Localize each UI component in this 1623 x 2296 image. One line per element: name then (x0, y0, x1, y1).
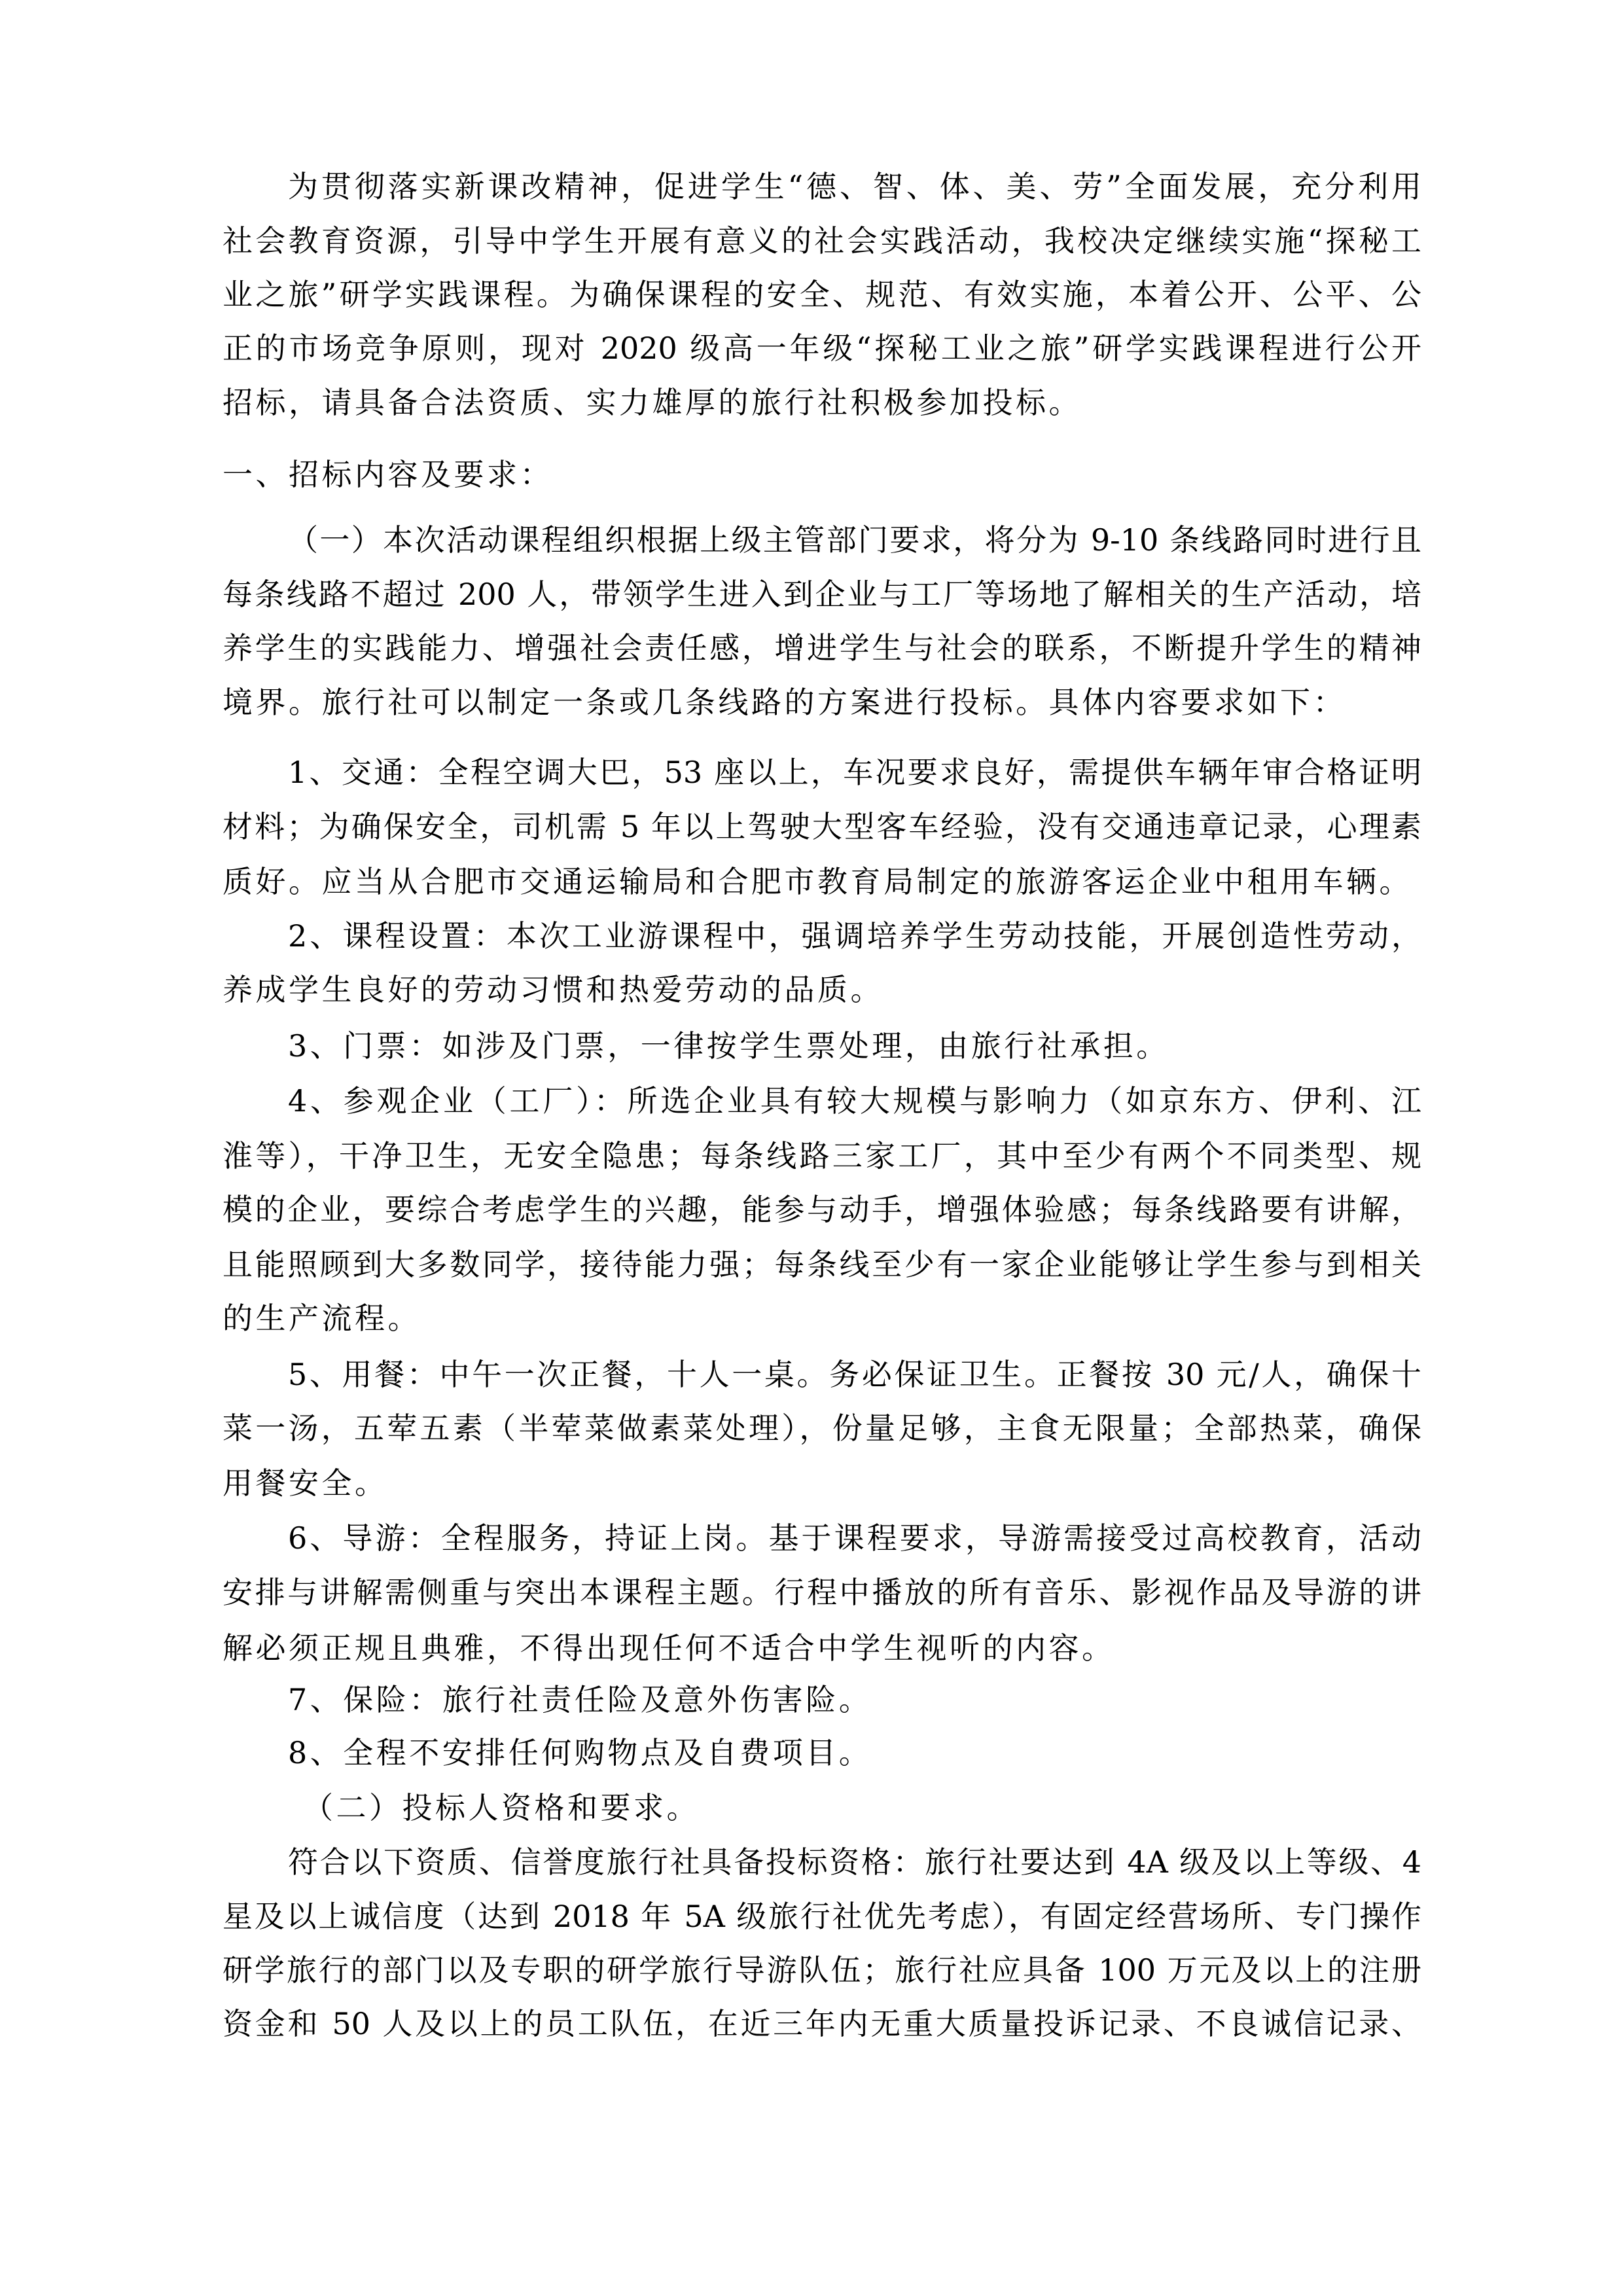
text-line: 安排与讲解需侧重与突出本课程主题。行程中播放的所有音乐、影视作品及导游的讲 (223, 1574, 1421, 1611)
text-line: （一）本次活动课程组织根据上级主管部门要求，将分为 9-10 条线路同时进行且 (288, 522, 1421, 558)
text-line: 资金和 50 人及以上的员工队伍，在近三年内无重大质量投诉记录、不良诚信记录、 (223, 2005, 1421, 2042)
section-heading: 一、招标内容及要求： (223, 456, 1421, 493)
text-line: 7、保险：旅行社责任险及意外伤害险。 (288, 1681, 1421, 1718)
text-line: 模的企业，要综合考虑学生的兴趣，能参与动手，增强体验感；每条线路要有讲解， (223, 1191, 1421, 1228)
text-line: 解必须正规且典雅，不得出现任何不适合中学生视听的内容。 (223, 1630, 1421, 1666)
text-line: 用餐安全。 (223, 1465, 1421, 1501)
text-line: 研学旅行的部门以及专职的研学旅行导游队伍；旅行社应具备 100 万元及以上的注册 (223, 1952, 1421, 1988)
text-line: 菜一汤，五荤五素（半荤菜做素菜处理），份量足够，主食无限量；全部热菜，确保 (223, 1410, 1421, 1446)
document-page: 为贯彻落实新课改精神，促进学生“德、智、体、美、劳”全面发展，充分利用 社会教育… (0, 0, 1623, 2296)
text-line: 5、用餐：中午一次正餐，十人一桌。务必保证卫生。正餐按 30 元/人，确保十 (288, 1356, 1421, 1393)
text-line: 8、全程不安排任何购物点及自费项目。 (288, 1734, 1421, 1771)
subsection-heading: （二）投标人资格和要求。 (303, 1789, 1421, 1826)
text-line: 符合以下资质、信誉度旅行社具备投标资格：旅行社要达到 4A 级及以上等级、4 (288, 1844, 1421, 1880)
text-line: 且能照顾到大多数同学，接待能力强；每条线至少有一家企业能够让学生参与到相关 (223, 1246, 1421, 1283)
text-line: 4、参观企业（工厂）：所选企业具有较大规模与影响力（如京东方、伊利、江 (288, 1083, 1421, 1119)
text-line: 招标，请具备合法资质、实力雄厚的旅行社积极参加投标。 (223, 384, 1421, 421)
text-line: 业之旅”研学实践课程。为确保课程的安全、规范、有效实施，本着公开、公平、公 (223, 276, 1421, 313)
text-line: 正的市场竞争原则，现对 2020 级高一年级“探秘工业之旅”研学实践课程进行公开 (223, 330, 1421, 367)
text-line: 养成学生良好的劳动习惯和热爱劳动的品质。 (223, 971, 1421, 1008)
text-line: 为贯彻落实新课改精神，促进学生“德、智、体、美、劳”全面发展，充分利用 (288, 168, 1421, 205)
text-line: 养学生的实践能力、增强社会责任感，增进学生与社会的联系，不断提升学生的精神 (223, 630, 1421, 666)
text-line: 每条线路不超过 200 人，带领学生进入到企业与工厂等场地了解相关的生产活动，培 (223, 576, 1421, 613)
text-line: 3、门票：如涉及门票，一律按学生票处理，由旅行社承担。 (288, 1028, 1421, 1064)
text-line: 质好。应当从合肥市交通运输局和合肥市教育局制定的旅游客运企业中租用车辆。 (223, 863, 1421, 900)
text-line: 星及以上诚信度（达到 2018 年 5A 级旅行社优先考虑），有固定经营场所、专… (223, 1898, 1421, 1935)
text-line: 材料；为确保安全，司机需 5 年以上驾驶大型客车经验，没有交通违章记录，心理素 (223, 808, 1421, 845)
text-line: 境界。旅行社可以制定一条或几条线路的方案进行投标。具体内容要求如下： (223, 684, 1421, 721)
text-line: 6、导游：全程服务，持证上岗。基于课程要求，导游需接受过高校教育，活动 (288, 1520, 1421, 1556)
text-line: 社会教育资源，引导中学生开展有意义的社会实践活动，我校决定继续实施“探秘工 (223, 223, 1421, 259)
text-line: 的生产流程。 (223, 1300, 1421, 1336)
text-line: 1、交通：全程空调大巴，53 座以上，车况要求良好，需提供车辆年审合格证明 (288, 754, 1421, 791)
text-line: 淮等），干净卫生，无安全隐患；每条线路三家工厂，其中至少有两个不同类型、规 (223, 1138, 1421, 1174)
text-line: 2、课程设置：本次工业游课程中，强调培养学生劳动技能，开展创造性劳动， (288, 918, 1421, 954)
